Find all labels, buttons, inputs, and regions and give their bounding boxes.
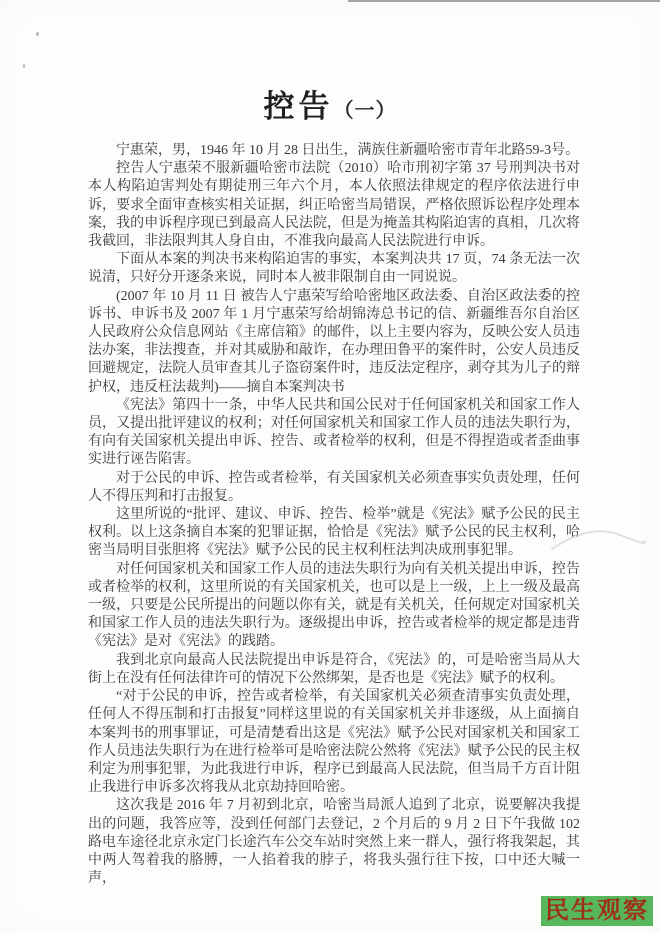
scanned-document-page: 控告（一） 宁惠荣，男，1946 年 10 月 28 日出生，满族住新疆哈密市青… (0, 0, 660, 933)
paragraph-complaint-basis: 控告人宁惠荣不服新疆哈密市法院（2010）哈市刑初字第 37 号刑判决书对本人构… (88, 160, 580, 251)
scan-edge-line (348, 0, 660, 2)
page-title: 控告（一） (0, 0, 660, 129)
scan-speck (23, 64, 25, 68)
paragraph-evidence-excerpt: (2007 年 10 月 11 日 被告人宁惠荣写给哈密地区政法委、自治区政法委… (88, 288, 580, 397)
paragraph-democratic-rights: 这里所说的“批评、建议、申诉、控告、检举”就是《宪法》赋予公民的民主权利。以上这… (88, 506, 580, 561)
title-suffix: （一） (334, 100, 397, 122)
paragraph-intro-person: 宁惠荣，男，1946 年 10 月 28 日出生，满族住新疆哈密市青年北路59-… (88, 142, 580, 160)
paragraph-beijing-appeal: 我到北京向最高人民法院提出申诉是符合，《宪法》的，可是哈密当局从大街上在没有任何… (88, 652, 580, 688)
paragraph-constitution-article41: 《宪法》第四十一条，中华人民共和国公民对于任何国家机关和国家工作人员，又提出批评… (88, 397, 580, 470)
paragraph-2016-incident: 这次我是 2016 年 7 月初到北京，哈密当局派人追到了北京，说要解决我提出的… (88, 797, 580, 888)
scan-speck (36, 32, 39, 36)
document-body: 宁惠荣，男，1946 年 10 月 28 日出生，满族住新疆哈密市青年北路59-… (88, 142, 580, 888)
paragraph-judgment-overview: 下面从本案的判决书来构陷迫害的事实，本案判决共 17 页，74 条无法一次说清，… (88, 251, 580, 287)
paragraph-state-organ-duty: 对于公民的申诉、控告或者检举，有关国家机关必须查事实负责处理，任何人不得压判和打… (88, 470, 580, 506)
title-text: 控告 (264, 89, 334, 124)
paragraph-relevant-organs: 对任何国家机关和国家工作人员的违法失职行为向有关机关提出申诉，控告或者检举的权利… (88, 561, 580, 652)
scan-artifact-curve (550, 521, 646, 555)
paragraph-rights-violation: “对于公民的申诉，控告或者检举，有关国家机关必须查清事实负责处理，任何人不得压制… (88, 688, 580, 797)
watermark-badge: 民生观察 (541, 896, 653, 926)
